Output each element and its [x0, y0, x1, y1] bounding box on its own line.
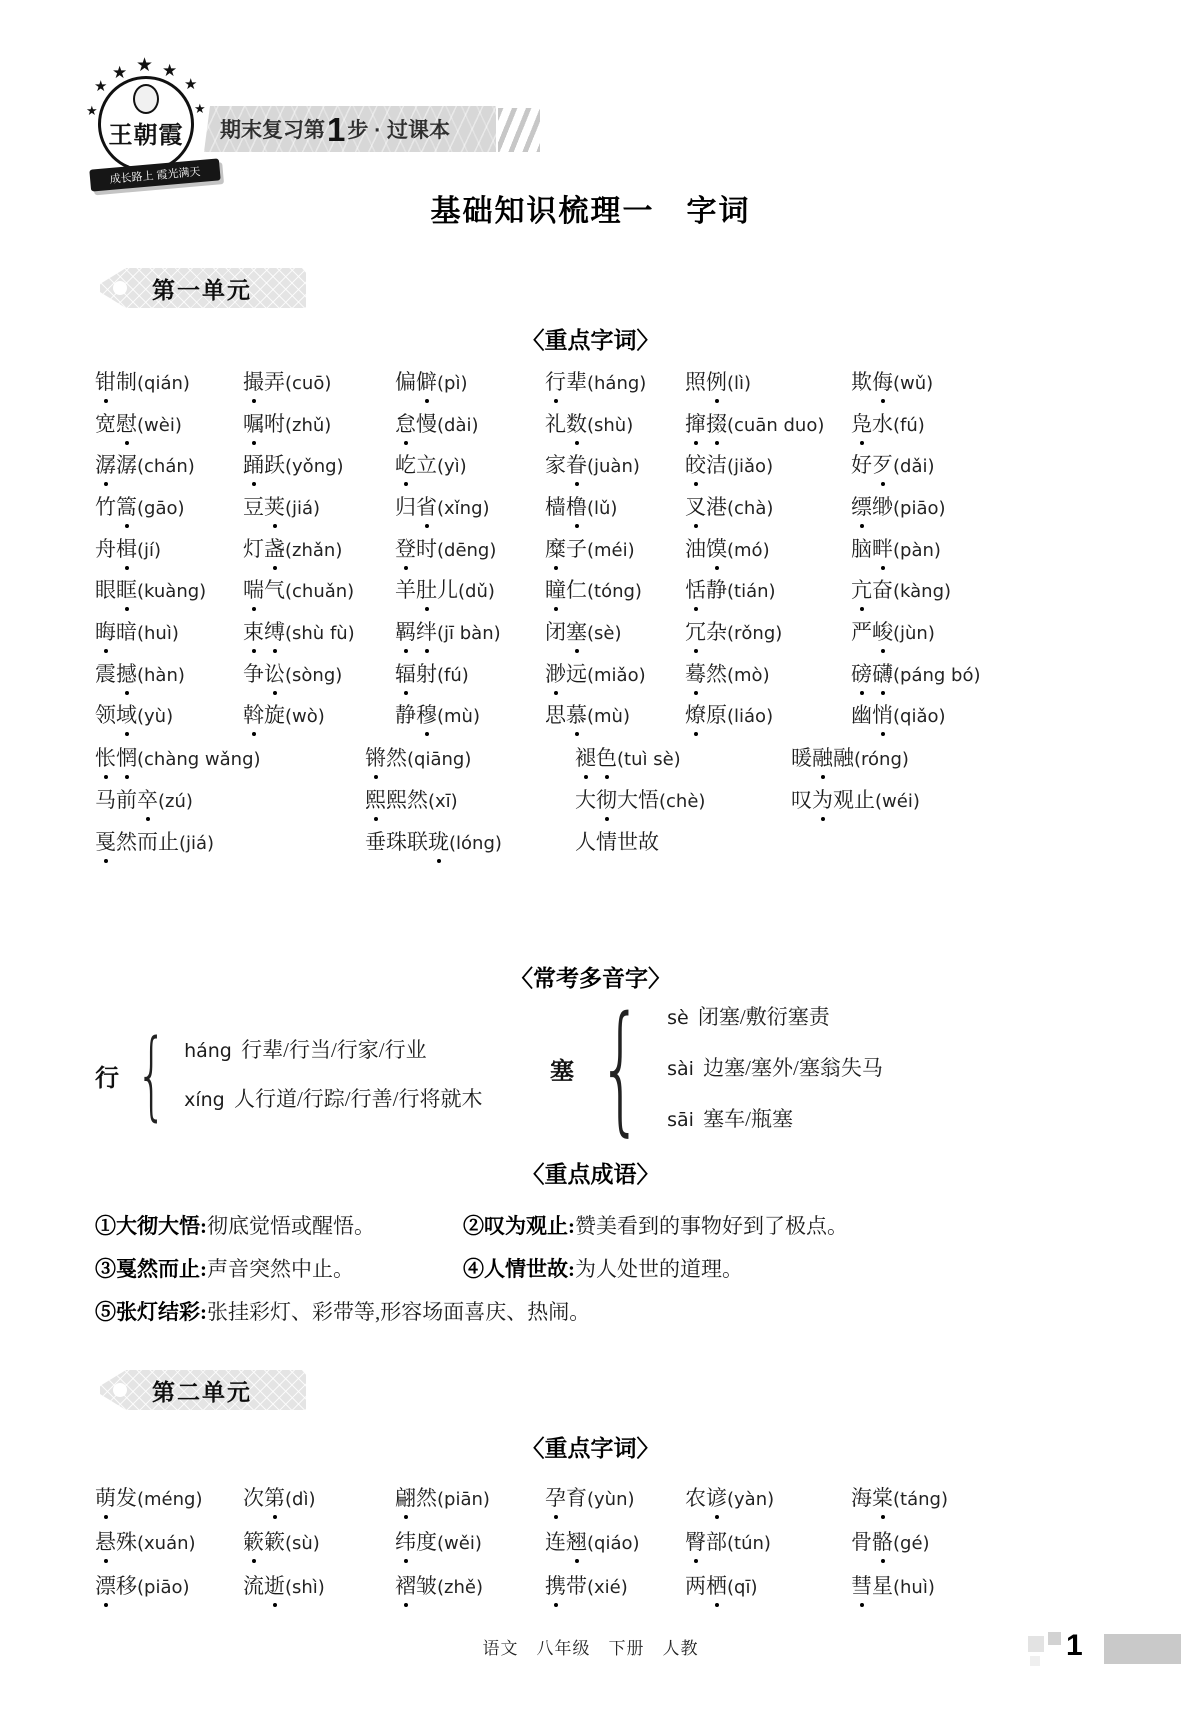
word-entry: 恬静(tián) [685, 568, 851, 610]
pinyin: (rǒng) [727, 623, 782, 644]
pinyin: (yù) [137, 706, 173, 727]
polyphone-reading: sāi 塞车/瓶塞 [667, 1094, 883, 1145]
pinyin: (yǒng) [285, 456, 344, 477]
word-entry: 束缚(shù fù) [243, 610, 395, 652]
pinyin: (chà) [727, 498, 773, 519]
word-entry: 皎洁(jiǎo) [685, 443, 851, 485]
star-icon: ★ [184, 78, 197, 93]
pinyin: (lì) [727, 373, 751, 394]
brace-decoration: { [598, 1006, 643, 1132]
pinyin: (fú) [437, 665, 469, 686]
word-entry: 撮弄(cuō) [243, 360, 395, 402]
pinyin: (miǎo) [587, 665, 646, 686]
word-entry: 登时(dēng) [395, 527, 545, 569]
idioms-list: ①大彻大悟:彻底觉悟或醒悟。②叹为观止:赞美看到的事物好到了极点。③戛然而止:声… [95, 1203, 1087, 1332]
pinyin: (méng) [137, 1489, 203, 1510]
word-entry: 思慕(mù) [545, 694, 685, 736]
word-entry: 眼眶(kuàng) [95, 568, 243, 610]
word-entry: 褪色(tuì sè) [575, 736, 791, 778]
word-entry: 暖融融(róng) [791, 736, 1087, 778]
pinyin: (cuān duo) [727, 415, 824, 436]
pinyin: (méi) [587, 540, 635, 561]
brand-slogan-ribbon: 成长路上 霞光满天 [89, 158, 220, 191]
word-entry: 偏僻(pì) [395, 360, 545, 402]
word-entry: 羁绊(jī bàn) [395, 610, 545, 652]
pinyin: (táng) [893, 1489, 948, 1510]
idioms-heading: 〈重点成语〉 [0, 1158, 1181, 1190]
pinyin: (dēng) [437, 540, 496, 561]
banner-step-number: 1 [327, 113, 345, 146]
word-entry: 大彻大悟(chè) [575, 778, 791, 820]
word-entry: 屹立(yì) [395, 443, 545, 485]
pinyin: (gāo) [137, 498, 185, 519]
word-entry: 流逝(shì) [243, 1563, 395, 1607]
pinyin: (shù fù) [285, 623, 355, 644]
brace-decoration: { [136, 1032, 167, 1118]
word-entry: 礼数(shù) [545, 402, 685, 444]
word-entry: 闭塞(sè) [545, 610, 685, 652]
polyphone-section: 行{háng 行辈/行当/行家/行业xíng 人行道/行踪/行善/行将就木塞{s… [95, 992, 1087, 1150]
pinyin: (kuàng) [137, 581, 206, 602]
word-entry: 钳制(qián) [95, 360, 243, 402]
pinyin: (jiá) [179, 833, 214, 854]
pinyin: (hàn) [137, 665, 185, 686]
word-entry: 脑畔(pàn) [851, 527, 1087, 569]
word-entry: 两栖(qī) [685, 1563, 851, 1607]
pinyin: (chè) [659, 791, 705, 812]
pinyin: (wéi) [875, 791, 920, 812]
pinyin: (zhǔ) [285, 415, 331, 436]
pinyin: (jī bàn) [437, 623, 501, 644]
logo-circle: 王朝霞 [98, 76, 194, 172]
word-entry: 潺潺(chán) [95, 443, 243, 485]
portrait-icon [133, 84, 159, 114]
pinyin: (yàn) [727, 1489, 774, 1510]
word-entry: 渺远(miǎo) [545, 652, 685, 694]
word-entry: 争讼(sòng) [243, 652, 395, 694]
word-entry: 灯盏(zhǎn) [243, 527, 395, 569]
word-entry: 孕育(yùn) [545, 1475, 685, 1519]
word-entry: 簌簌(sù) [243, 1519, 395, 1563]
word-entry: 臀部(tún) [685, 1519, 851, 1563]
pinyin: (tuì sè) [617, 749, 681, 770]
pinyin: (qiǎo) [893, 706, 946, 727]
pinyin: (háng) [587, 373, 646, 394]
idiom-item: ④人情世故:为人处世的道理。 [463, 1246, 1087, 1289]
word-entry: 褶皱(zhě) [395, 1563, 545, 1607]
footer-book-meta: 语文 八年级 下册 人教 [0, 1636, 1181, 1662]
word-entry: 农谚(yàn) [685, 1475, 851, 1519]
word-entry: 怅惘(chàng wǎng) [95, 736, 365, 778]
star-icon: ★ [162, 62, 177, 79]
pinyin: (juàn) [587, 456, 640, 477]
pinyin: (zhě) [437, 1577, 483, 1598]
word-entry: 领域(yù) [95, 694, 243, 736]
pixel-square-decoration [1030, 1656, 1040, 1666]
pinyin: (zú) [158, 791, 193, 812]
word-entry: 马前卒(zú) [95, 778, 365, 820]
pinyin: (shì) [285, 1577, 325, 1598]
pinyin: (tún) [727, 1533, 771, 1554]
unit1-word-grid-wide: 怅惘(chàng wǎng)锵然(qiāng)褪色(tuì sè)暖融融(rón… [95, 736, 1087, 820]
pinyin: (huì) [893, 1577, 935, 1598]
unit2-badge: 第二单元 [100, 1370, 306, 1410]
word-entry: 欺侮(wǔ) [851, 360, 1087, 402]
pinyin: (qiāng) [407, 749, 471, 770]
star-icon: ★ [136, 56, 153, 75]
word-entry: 幽悄(qiǎo) [851, 694, 1087, 736]
pinyin: (dài) [437, 415, 479, 436]
unit1-badge-label: 第一单元 [152, 272, 252, 305]
word-entry: 行辈(háng) [545, 360, 685, 402]
pinyin: (yì) [437, 456, 467, 477]
word-entry: 照例(lì) [685, 360, 851, 402]
pinyin: (qī) [727, 1577, 757, 1598]
word-entry: 漂移(piāo) [95, 1563, 243, 1607]
pinyin: (jiá) [285, 498, 320, 519]
word-entry: 家眷(juàn) [545, 443, 685, 485]
polyphone-reading: sài 边塞/塞外/塞翁失马 [667, 1043, 883, 1094]
word-entry: 羊肚儿(dǔ) [395, 568, 545, 610]
pinyin: (tián) [727, 581, 776, 602]
word-entry: 好歹(dǎi) [851, 443, 1087, 485]
word-entry: 糜子(méi) [545, 527, 685, 569]
page-title: 基础知识梳理一 字词 [0, 192, 1181, 232]
polyphone-reading: háng 行辈/行当/行家/行业 [184, 1026, 482, 1075]
banner-text-prefix: 期末复习第 [220, 114, 325, 144]
word-entry: 连翘(qiáo) [545, 1519, 685, 1563]
star-icon: ★ [112, 64, 127, 81]
pinyin: (jiǎo) [727, 456, 773, 477]
word-entry: 携带(xié) [545, 1563, 685, 1607]
pinyin: (dì) [285, 1489, 315, 1510]
pinyin: (xié) [587, 1577, 628, 1598]
unit1-word-grid-last: 戛然而止(jiá)垂珠联珑(lóng)人情世故 [95, 820, 1087, 862]
pinyin: (jí) [137, 540, 161, 561]
unit1-badge: 第一单元 [100, 268, 306, 308]
polyphone-group: 塞{sè 闭塞/敷衍塞责sài 边塞/塞外/塞翁失马sāi 塞车/瓶塞 [550, 992, 883, 1145]
book-page: ★ ★ ★ ★ ★ ★ ★ 王朝霞 成长路上 霞光满天 期末复习第 1 步 · … [0, 0, 1181, 1730]
idiom-item: ③戛然而止:声音突然中止。 [95, 1246, 463, 1289]
pinyin: (piān) [437, 1489, 490, 1510]
word-entry: 静穆(mù) [395, 694, 545, 736]
word-entry: 缥缈(piāo) [851, 485, 1087, 527]
pinyin: (róng) [854, 749, 909, 770]
star-icon: ★ [86, 104, 98, 117]
word-entry: 凫水(fú) [851, 402, 1087, 444]
idiom-item: ②叹为观止:赞美看到的事物好到了极点。 [463, 1203, 1087, 1246]
pinyin: (sù) [285, 1533, 320, 1554]
pinyin: (mó) [727, 540, 770, 561]
word-entry: 悬殊(xuán) [95, 1519, 243, 1563]
banner-slashes-decoration [498, 108, 540, 152]
word-entry: 油馍(mó) [685, 527, 851, 569]
word-entry: 彗星(huì) [851, 1563, 1087, 1607]
unit2-keywords-heading: 〈重点字词〉 [0, 1432, 1181, 1464]
word-entry: 熙熙然(xī) [365, 778, 575, 820]
word-entry: 戛然而止(jiá) [95, 820, 365, 862]
word-entry: 人情世故 [575, 820, 1087, 862]
pinyin: (qiáo) [587, 1533, 640, 1554]
word-entry: 锵然(qiāng) [365, 736, 575, 778]
unit1-keywords-heading: 〈重点字词〉 [0, 324, 1181, 356]
word-entry: 斡旋(wò) [243, 694, 395, 736]
page-number-bar [1104, 1634, 1181, 1664]
word-entry: 宽慰(wèi) [95, 402, 243, 444]
pinyin: (cuō) [285, 373, 331, 394]
unit2-badge-label: 第二单元 [152, 1374, 252, 1407]
word-entry: 冗杂(rǒng) [685, 610, 851, 652]
pinyin: (pì) [437, 373, 467, 394]
word-entry: 翩然(piān) [395, 1475, 545, 1519]
word-entry: 叹为观止(wéi) [791, 778, 1087, 820]
polyphone-group: 行{háng 行辈/行当/行家/行业xíng 人行道/行踪/行善/行将就木 [95, 1026, 482, 1124]
word-entry: 嘱咐(zhǔ) [243, 402, 395, 444]
word-entry: 樯橹(lǔ) [545, 485, 685, 527]
pinyin: (jùn) [893, 623, 935, 644]
header-banner: 期末复习第 1 步 · 过课本 [204, 106, 496, 152]
word-entry: 喘气(chuǎn) [243, 568, 395, 610]
brand-name: 王朝霞 [101, 115, 191, 150]
pinyin: (lǔ) [587, 498, 617, 519]
pinyin: (tóng) [587, 581, 642, 602]
pinyin: (chán) [137, 456, 195, 477]
word-entry: 纬度(wěi) [395, 1519, 545, 1563]
word-entry: 瞳仁(tóng) [545, 568, 685, 610]
word-entry: 萌发(méng) [95, 1475, 243, 1519]
pinyin: (zhǎn) [285, 540, 342, 561]
polyphone-character: 塞 [550, 1051, 574, 1086]
pinyin: (liáo) [727, 706, 773, 727]
page-number: 1 [1066, 1628, 1083, 1664]
pinyin: (qián) [137, 373, 190, 394]
pinyin: (mù) [587, 706, 630, 727]
pinyin: (dǎi) [893, 456, 935, 477]
unit1-word-grid-main: 钳制(qián)撮弄(cuō)偏僻(pì)行辈(háng)照例(lì)欺侮(wǔ… [95, 360, 1087, 735]
banner-text-suffix: 步 · 过课本 [347, 114, 450, 144]
word-entry: 蓦然(mò) [685, 652, 851, 694]
unit2-word-grid: 萌发(méng)次第(dì)翩然(piān)孕育(yùn)农谚(yàn)海棠(t… [95, 1475, 1087, 1607]
pinyin: (chàng wǎng) [137, 749, 261, 770]
word-entry: 震撼(hàn) [95, 652, 243, 694]
word-entry: 怠慢(dài) [395, 402, 545, 444]
pinyin: (fú) [893, 415, 925, 436]
word-entry: 严峻(jùn) [851, 610, 1087, 652]
pinyin: (chuǎn) [285, 581, 354, 602]
pinyin: (wěi) [437, 1533, 482, 1554]
word-entry: 亢奋(kàng) [851, 568, 1087, 610]
pinyin: (piāo) [893, 498, 946, 519]
word-entry: 晦暗(huì) [95, 610, 243, 652]
star-icon: ★ [194, 102, 206, 115]
pinyin: (xī) [428, 791, 458, 812]
pinyin: (lóng) [449, 833, 502, 854]
word-entry: 次第(dì) [243, 1475, 395, 1519]
pinyin: (mò) [727, 665, 770, 686]
word-entry: 归省(xǐng) [395, 485, 545, 527]
word-entry: 骨骼(gé) [851, 1519, 1087, 1563]
word-entry: 撺掇(cuān duo) [685, 402, 851, 444]
pinyin: (wǔ) [893, 373, 933, 394]
idiom-item: ⑤张灯结彩:张挂彩灯、彩带等,形容场面喜庆、热闹。 [95, 1289, 1087, 1332]
word-entry: 舟楫(jí) [95, 527, 243, 569]
pinyin: (sòng) [285, 665, 342, 686]
word-entry: 豆荚(jiá) [243, 485, 395, 527]
word-entry: 踊跃(yǒng) [243, 443, 395, 485]
pinyin: (huì) [137, 623, 179, 644]
polyphone-character: 行 [95, 1058, 119, 1093]
word-entry: 海棠(táng) [851, 1475, 1087, 1519]
pinyin: (sè) [587, 623, 622, 644]
pinyin: (dǔ) [458, 581, 495, 602]
pinyin: (mù) [437, 706, 480, 727]
pinyin: (wèi) [137, 415, 182, 436]
pinyin: (shù) [587, 415, 633, 436]
pinyin: (páng bó) [893, 665, 981, 686]
word-entry: 叉港(chà) [685, 485, 851, 527]
pinyin: (yùn) [587, 1489, 635, 1510]
pinyin: (piāo) [137, 1577, 190, 1598]
polyphone-heading: 〈常考多音字〉 [0, 962, 1181, 994]
star-icon: ★ [94, 80, 107, 95]
polyphone-reading: sè 闭塞/敷衍塞责 [667, 992, 883, 1043]
idiom-item: ①大彻大悟:彻底觉悟或醒悟。 [95, 1203, 463, 1246]
pixel-square-decoration [1028, 1636, 1044, 1652]
pinyin: (xǐng) [437, 498, 490, 519]
word-entry: 磅礴(páng bó) [851, 652, 1087, 694]
word-entry: 垂珠联珑(lóng) [365, 820, 575, 862]
word-entry: 辐射(fú) [395, 652, 545, 694]
pinyin: (gé) [893, 1533, 930, 1554]
word-entry: 竹篙(gāo) [95, 485, 243, 527]
pinyin: (pàn) [893, 540, 941, 561]
pinyin: (wò) [285, 706, 325, 727]
polyphone-reading: xíng 人行道/行踪/行善/行将就木 [184, 1075, 482, 1124]
pinyin: (xuán) [137, 1533, 196, 1554]
pixel-square-decoration [1048, 1632, 1061, 1645]
word-entry: 燎原(liáo) [685, 694, 851, 736]
pinyin: (kàng) [893, 581, 951, 602]
